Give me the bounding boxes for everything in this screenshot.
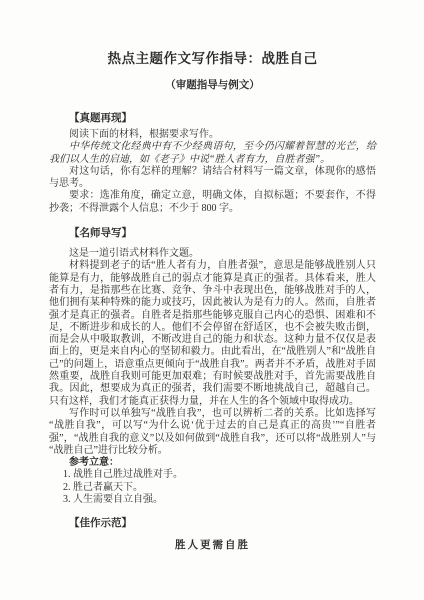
- section-body-mingshi: 这是一道引语式材料作文题。 材料提到老子的话“胜人者有力，自胜者强”，意思是能够…: [49, 248, 376, 506]
- reference-idea-3: 3. 人生需要自立自强。: [49, 494, 376, 506]
- section-heading-mingshi-daoxie: 【名师导写】: [49, 227, 376, 240]
- page-subtitle: （审题指导与例文）: [49, 79, 376, 92]
- page-title: 热点主题作文写作指导：战胜自己: [49, 50, 376, 67]
- section-heading-zhenti-zaixian: 【真题再现】: [49, 112, 376, 125]
- section-body-zhenti: 阅读下面的材料，根据要求写作。 中华传统文化经典中有不少经典语句，至今仍闪耀着智…: [49, 129, 376, 215]
- paragraph-prompt-question: 对这句话，你有怎样的理解？请结合材料写一篇文章，体现你的感悟与思考。: [49, 166, 376, 191]
- paragraph-analysis-main: 材料提到老子的话“胜人者有力，自胜者强”，意思是能够战胜别人只能算是有力，能够战…: [49, 260, 376, 408]
- reference-idea-1: 1. 战胜自己胜过战胜对手。: [49, 469, 376, 481]
- paragraph-writing-advice: 写作时可以单独写“战胜自我”，也可以辨析二者的关系。比如选择写“战胜自我”，可以…: [49, 408, 376, 457]
- paragraph-analysis-type: 这是一道引语式材料作文题。: [49, 248, 376, 260]
- document-page: 热点主题作文写作指导：战胜自己 （审题指导与例文） 【真题再现】 阅读下面的材料…: [0, 0, 424, 600]
- section-heading-jiazuo-shifan: 【佳作示范】: [49, 517, 376, 530]
- paragraph-task-intro: 阅读下面的材料，根据要求写作。: [49, 129, 376, 141]
- paragraph-requirements: 要求：选准角度，确定立意，明确文体，自拟标题；不要套作，不得抄袭；不得泄露个人信…: [49, 190, 376, 215]
- sample-essay-title: 胜人更需自胜: [49, 539, 376, 552]
- reference-ideas-label: 参考立意：: [49, 457, 376, 469]
- paragraph-material-quote: 中华传统文化经典中有不少经典语句，至今仍闪耀着智慧的光芒，给我们以人生的启迪，如…: [49, 141, 376, 166]
- reference-idea-2: 2. 胜己者赢天下。: [49, 482, 376, 494]
